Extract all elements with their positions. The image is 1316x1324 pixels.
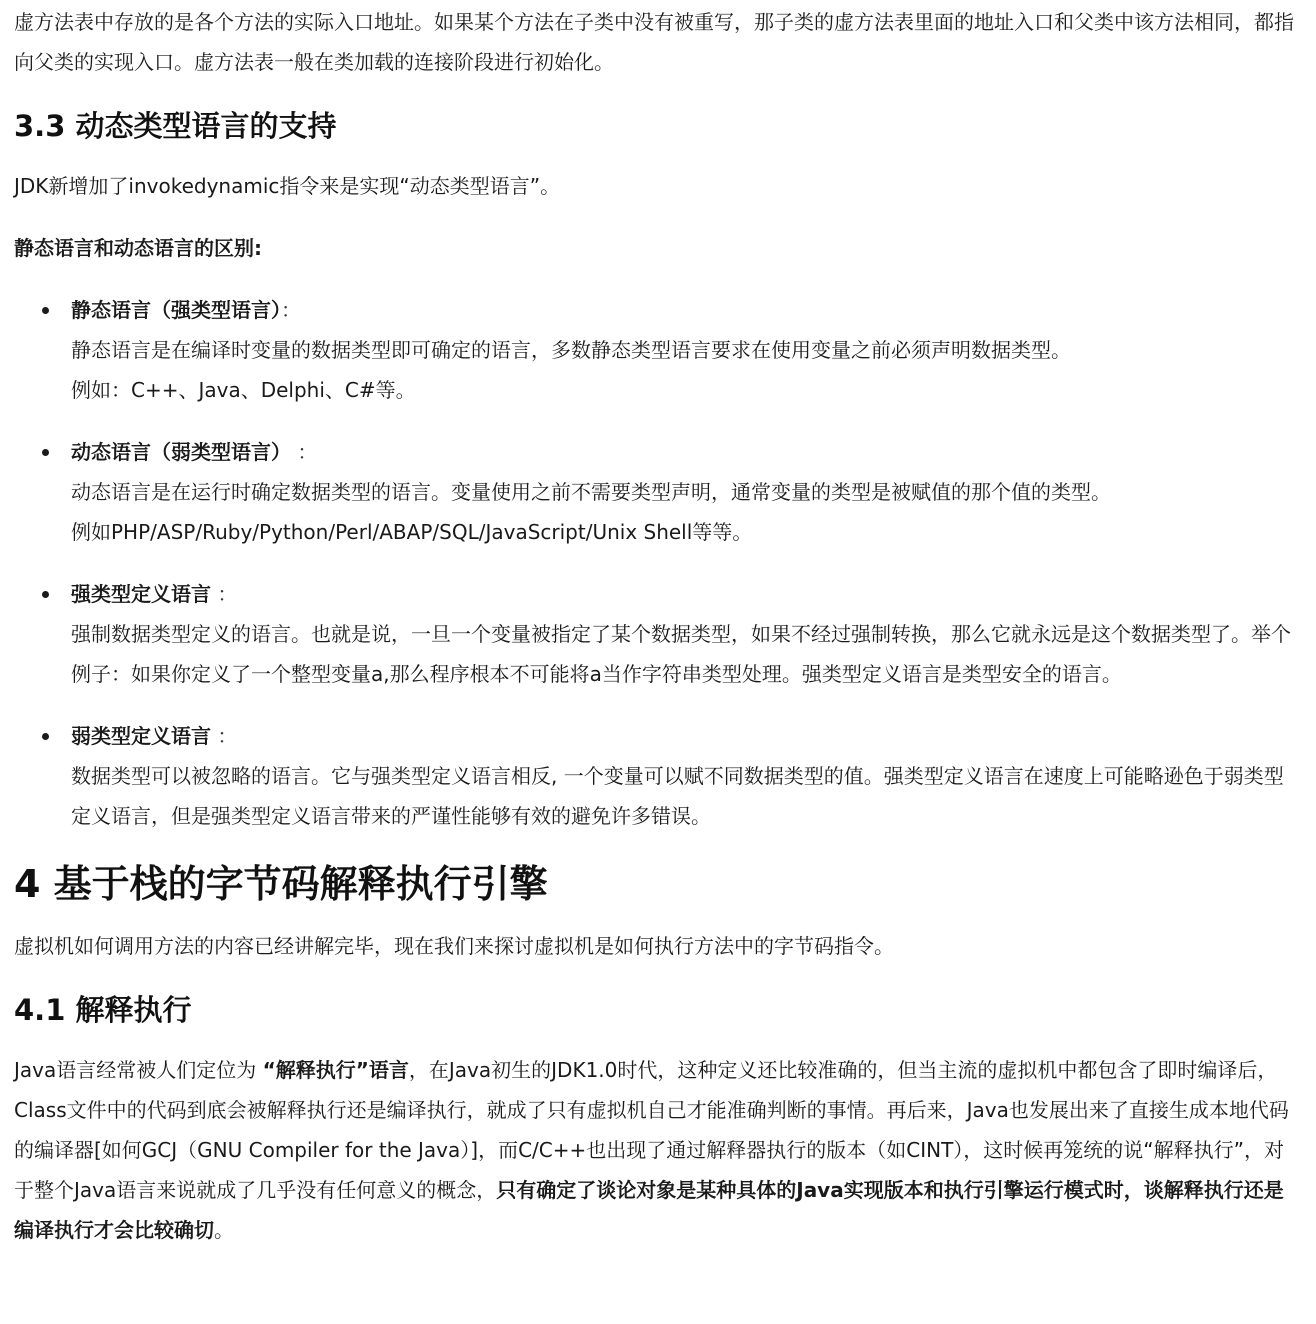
- section-3-3-intro: JDK新增加了invokedynamic指令来是实现“动态类型语言”。: [14, 166, 1302, 206]
- document-page: 虚方法表中存放的是各个方法的实际入口地址。如果某个方法在子类中没有被重写，那子类…: [0, 0, 1316, 1250]
- definition-line: 强制数据类型定义的语言。也就是说，一旦一个变量被指定了某个数据类型，如果不经过强…: [71, 614, 1302, 694]
- definition-line: 静态语言是在编译时变量的数据类型即可确定的语言，多数静态类型语言要求在使用变量之…: [71, 330, 1302, 370]
- definition-line: 数据类型可以被忽略的语言。它与强类型定义语言相反, 一个变量可以赋不同数据类型的…: [71, 756, 1302, 836]
- list-item-weak-typed: 弱类型定义语言 ： 数据类型可以被忽略的语言。它与强类型定义语言相反, 一个变量…: [14, 716, 1302, 836]
- term-colon: ：: [211, 724, 237, 748]
- term-label: 弱类型定义语言: [71, 724, 211, 748]
- bullet-icon: [42, 307, 49, 314]
- term-label: 动态语言（弱类型语言）: [71, 440, 291, 464]
- emphasis-interpreted-language: “解释执行”语言: [263, 1058, 409, 1082]
- term-colon: ：: [281, 298, 301, 322]
- term-colon: ：: [291, 440, 317, 464]
- paragraph-text: Java语言经常被人们定位为: [14, 1058, 263, 1082]
- definition-line: 例如PHP/ASP/Ruby/Python/Perl/ABAP/SQL/Java…: [71, 512, 1302, 552]
- comparison-subheading: 静态语言和动态语言的区别:: [14, 228, 1302, 268]
- section-4-intro: 虚拟机如何调用方法的内容已经讲解完毕，现在我们来探讨虚拟机是如何执行方法中的字节…: [14, 926, 1302, 966]
- section-3-3-heading: 3.3 动态类型语言的支持: [14, 106, 1302, 146]
- bullet-icon: [42, 733, 49, 740]
- definition-line: 动态语言是在运行时确定数据类型的语言。变量使用之前不需要类型声明，通常变量的类型…: [71, 472, 1302, 512]
- list-item-strong-typed: 强类型定义语言 ： 强制数据类型定义的语言。也就是说，一旦一个变量被指定了某个数…: [14, 574, 1302, 694]
- term-label: 静态语言（强类型语言）: [71, 298, 281, 322]
- language-type-list: 静态语言（强类型语言）： 静态语言是在编译时变量的数据类型即可确定的语言，多数静…: [14, 290, 1302, 836]
- definition-line: 例如：C++、Java、Delphi、C#等。: [71, 370, 1302, 410]
- bullet-icon: [42, 449, 49, 456]
- term-label: 强类型定义语言: [71, 582, 211, 606]
- list-item-static-language: 静态语言（强类型语言）： 静态语言是在编译时变量的数据类型即可确定的语言，多数静…: [14, 290, 1302, 410]
- bullet-icon: [42, 591, 49, 598]
- section-4-1-heading: 4.1 解释执行: [14, 990, 1302, 1030]
- list-item-dynamic-language: 动态语言（弱类型语言） ： 动态语言是在运行时确定数据类型的语言。变量使用之前不…: [14, 432, 1302, 552]
- intro-paragraph: 虚方法表中存放的是各个方法的实际入口地址。如果某个方法在子类中没有被重写，那子类…: [14, 2, 1302, 82]
- term-colon: ：: [211, 582, 237, 606]
- paragraph-text: 。: [214, 1218, 234, 1242]
- section-4-heading: 4 基于栈的字节码解释执行引擎: [14, 858, 1302, 910]
- section-4-1-paragraph: Java语言经常被人们定位为 “解释执行”语言，在Java初生的JDK1.0时代…: [14, 1050, 1302, 1250]
